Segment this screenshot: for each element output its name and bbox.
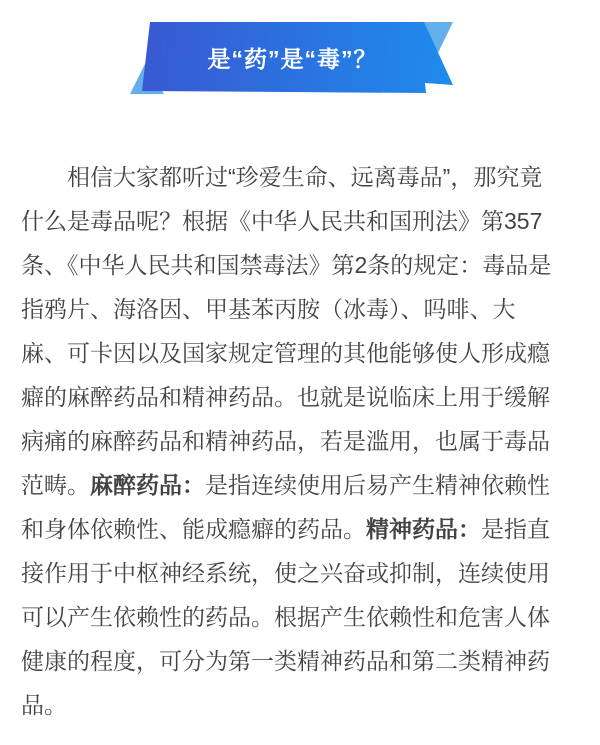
header: 是“药”是“毒”？	[0, 0, 600, 155]
term-narcotic-drugs: 麻醉药品：	[90, 472, 205, 498]
banner-title: 是“药”是“毒”？	[208, 41, 378, 74]
article-paragraph: 相信大家都听过“珍爱生命、远离毒品”，那究竟什么是毒品呢？根据《中华人民共和国刑…	[21, 155, 561, 727]
title-ribbon: 是“药”是“毒”？	[130, 22, 455, 98]
article-body: 相信大家都听过“珍爱生命、远离毒品”，那究竟什么是毒品呢？根据《中华人民共和国刑…	[21, 155, 561, 727]
paragraph-segment: 相信大家都听过“珍爱生命、远离毒品”，那究竟什么是毒品呢？根据《中华人民共和国刑…	[21, 164, 551, 498]
term-psychotropic-drugs: 精神药品：	[366, 516, 481, 542]
page: { "theme": { "banner_gradient_left": "#3…	[0, 0, 600, 745]
paragraph-segment: 是指直接作用于中枢神经系统，使之兴奋或抑制，连续使用可以产生依赖性的药品。根据产…	[21, 516, 550, 718]
ribbon-banner: 是“药”是“毒”？	[130, 22, 455, 98]
